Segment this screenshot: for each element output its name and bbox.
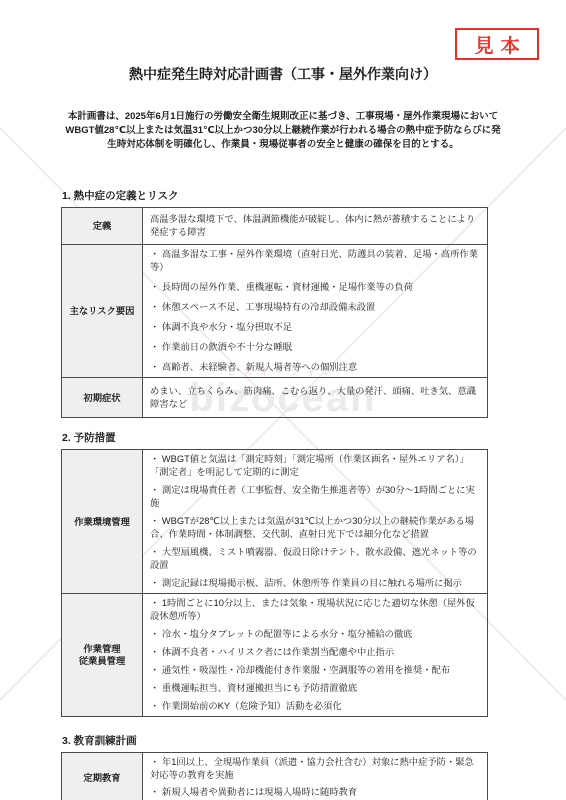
row-label: 初期症状 (62, 378, 143, 418)
section-table: 作業環境管理WBGT値と気温は「測定時刻」「測定場所（作業区画名・屋外エリア名）… (61, 449, 488, 717)
bullet-item: 作業開始前のKY（危険予知）活動を必須化 (150, 700, 481, 713)
sample-stamp: 見本 (455, 28, 539, 60)
row-content-inner: 1時間ごとに10分以上、または気象・現場状況に応じた適切な休憩（屋外仮設休憩所等… (150, 597, 481, 713)
page-title: 熱中症発生時対応計画書（工事・屋外作業向け） (0, 64, 566, 84)
bullet-item: 通気性・吸湿性・冷却機能付き作業服・空調服等の着用を推奨・配布 (150, 664, 481, 677)
bullet-item: 測定記録は現場掲示板、詰所、休憩所等 作業員の目に触れる場所に掲示 (150, 577, 481, 590)
bullet-item: 新規入場者や異動者には現場入場時に随時教育 (150, 786, 481, 799)
section-table: 定期教育年1回以上、全現場作業員（派遣・協力会社含む）対象に熱中症予防・緊急対応… (61, 752, 488, 800)
row-content-inner: 高温多湿な環境下で、体温調節機能が破綻し、体内に熱が蓄積することにより発症する障… (150, 211, 481, 241)
bullet-item: 年1回以上、全現場作業員（派遣・協力会社含む）対象に熱中症予防・緊急対応等の教育… (150, 756, 481, 782)
table-row: 作業環境管理WBGT値と気温は「測定時刻」「測定場所（作業区画名・屋外エリア名）… (62, 450, 488, 594)
section-heading: 2. 予防措置 (62, 430, 488, 445)
bullet-item: 高齢者、未経験者、新規入場者等への個別注意 (150, 361, 481, 374)
intro-paragraph: 本計画書は、2025年6月1日施行の労働安全衛生規則改正に基づき、工事現場・屋外… (65, 110, 501, 151)
row-label: 定義 (62, 208, 143, 245)
row-label: 定期教育 (62, 753, 143, 800)
row-content-inner: 年1回以上、全現場作業員（派遣・協力会社含む）対象に熱中症予防・緊急対応等の教育… (150, 756, 481, 799)
row-text: 高温多湿な環境下で、体温調節機能が破綻し、体内に熱が蓄積することにより発症する障… (150, 213, 481, 239)
section-heading: 1. 熱中症の定義とリスク (62, 188, 488, 203)
bullet-item: 休憩スペース不足、工事現場特有の冷却設備未設置 (150, 301, 481, 314)
bullet-item: 体調不良や水分・塩分摂取不足 (150, 321, 481, 334)
bullet-item: 測定は現場責任者（工事監督、安全衛生推進者等）が30分～1時間ごとに実施 (150, 484, 481, 510)
bullet-item: 重機運転担当、資材運搬担当にも予防措置徹底 (150, 682, 481, 695)
bullet-item: 作業前日の飲酒や不十分な睡眠 (150, 341, 481, 354)
document-page: ビズオーシャン bizocean 見本 熱中症発生時対応計画書（工事・屋外作業向… (0, 0, 566, 800)
sections-container: 1. 熱中症の定義とリスク定義高温多湿な環境下で、体温調節機能が破綻し、体内に熱… (61, 188, 488, 800)
table-row: 定義高温多湿な環境下で、体温調節機能が破綻し、体内に熱が蓄積することにより発症す… (62, 208, 488, 245)
bullet-item: 長時間の屋外作業、重機運転・資材運搬・足場作業等の負荷 (150, 281, 481, 294)
section-2: 2. 予防措置作業環境管理WBGT値と気温は「測定時刻」「測定場所（作業区画名・… (61, 430, 488, 717)
bullet-item: WBGT値と気温は「測定時刻」「測定場所（作業区画名・屋外エリア名）」「測定者」… (150, 453, 481, 479)
section-heading: 3. 教育訓練計画 (62, 733, 488, 748)
row-label: 主なリスク要因 (62, 245, 143, 378)
bullet-item: 冷水・塩分タブレットの配置等による水分・塩分補給の徹底 (150, 628, 481, 641)
bullet-item: 大型扇風機、ミスト噴霧器、仮設日除けテント、散水設備、遮光ネット等の設置 (150, 546, 481, 572)
section-1: 1. 熱中症の定義とリスク定義高温多湿な環境下で、体温調節機能が破綻し、体内に熱… (61, 188, 488, 418)
bullet-item: WBGTが28℃以上または気温が31℃以上かつ30分以上の継続作業がある場合、作… (150, 515, 481, 541)
document-content: 熱中症発生時対応計画書（工事・屋外作業向け） 本計画書は、2025年6月1日施行… (0, 0, 566, 800)
table-row: 初期症状めまい、立ちくらみ、筋肉痛、こむら返り、大量の発汗、頭痛、吐き気、意識障… (62, 378, 488, 418)
row-content: WBGT値と気温は「測定時刻」「測定場所（作業区画名・屋外エリア名）」「測定者」… (143, 450, 488, 594)
table-row: 作業管理 従業員管理1時間ごとに10分以上、または気象・現場状況に応じた適切な休… (62, 594, 488, 717)
bullet-item: 高温多湿な工事・屋外作業環境（直射日光、防護具の装着、足場・高所作業等） (150, 248, 481, 274)
row-content: 高温多湿な環境下で、体温調節機能が破綻し、体内に熱が蓄積することにより発症する障… (143, 208, 488, 245)
bullet-item: 体調不良者・ハイリスク者には作業割当配慮や中止指示 (150, 646, 481, 659)
sample-stamp-label: 見本 (467, 31, 526, 58)
bullet-item: 1時間ごとに10分以上、または気象・現場状況に応じた適切な休憩（屋外仮設休憩所等… (150, 597, 481, 623)
row-content: 1時間ごとに10分以上、または気象・現場状況に応じた適切な休憩（屋外仮設休憩所等… (143, 594, 488, 717)
row-content: 年1回以上、全現場作業員（派遣・協力会社含む）対象に熱中症予防・緊急対応等の教育… (143, 753, 488, 800)
row-label: 作業環境管理 (62, 450, 143, 594)
row-content: 高温多湿な工事・屋外作業環境（直射日光、防護具の装着、足場・高所作業等）長時間の… (143, 245, 488, 378)
section-3: 3. 教育訓練計画定期教育年1回以上、全現場作業員（派遣・協力会社含む）対象に熱… (61, 733, 488, 800)
row-label: 作業管理 従業員管理 (62, 594, 143, 717)
row-content-inner: 高温多湿な工事・屋外作業環境（直射日光、防護具の装着、足場・高所作業等）長時間の… (150, 248, 481, 374)
row-content: めまい、立ちくらみ、筋肉痛、こむら返り、大量の発汗、頭痛、吐き気、意識障害など (143, 378, 488, 418)
table-row: 定期教育年1回以上、全現場作業員（派遣・協力会社含む）対象に熱中症予防・緊急対応… (62, 753, 488, 800)
row-content-inner: WBGT値と気温は「測定時刻」「測定場所（作業区画名・屋外エリア名）」「測定者」… (150, 453, 481, 590)
table-row: 主なリスク要因高温多湿な工事・屋外作業環境（直射日光、防護具の装着、足場・高所作… (62, 245, 488, 378)
row-content-inner: めまい、立ちくらみ、筋肉痛、こむら返り、大量の発汗、頭痛、吐き気、意識障害など (150, 381, 481, 414)
row-text: めまい、立ちくらみ、筋肉痛、こむら返り、大量の発汗、頭痛、吐き気、意識障害など (150, 385, 481, 411)
section-table: 定義高温多湿な環境下で、体温調節機能が破綻し、体内に熱が蓄積することにより発症す… (61, 207, 488, 418)
